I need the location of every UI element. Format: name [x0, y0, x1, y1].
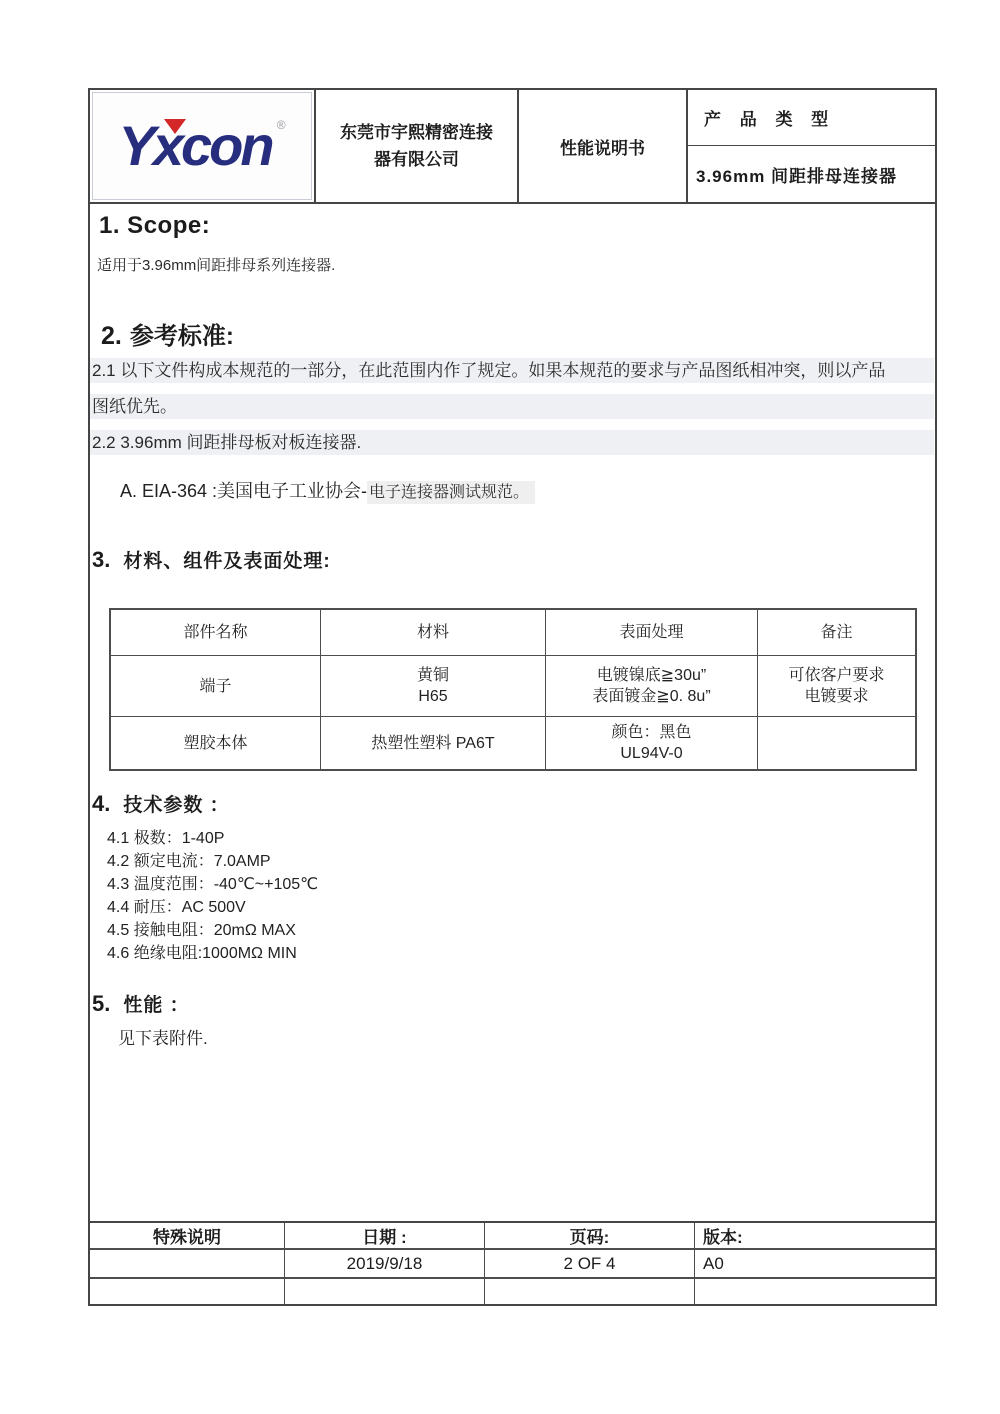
footer-empty-cell [695, 1279, 935, 1304]
materials-col-header: 材料 [321, 610, 546, 656]
registered-trademark-icon: ® [277, 118, 286, 132]
company-name-line1: 东莞市宇熙精密连接 [340, 119, 493, 146]
reference-item-2-2: 2.2 3.96mm 间距排母板对板连接器. [90, 430, 934, 455]
company-logo: Yxcon ® [118, 118, 285, 174]
parameter-item: 4.4 耐压：AC 500V [107, 896, 318, 919]
materials-cell-remark [758, 717, 915, 769]
scope-body: 适用于3.96mm间距排母系列连接器. [97, 254, 335, 275]
reference-item-a-highlight: 电子连接器测试规范。 [367, 481, 535, 504]
performance-body: 见下表附件. [118, 1024, 208, 1049]
reference-heading-title: 参考标准: [130, 323, 234, 350]
logo-frame: Yxcon ® [92, 92, 312, 200]
footer-empty-cell [485, 1279, 695, 1304]
parameter-item: 4.1 极数：1-40P [107, 827, 318, 850]
performance-heading-number: 5. [92, 991, 110, 1016]
parameter-item: 4.3 温度范围：-40℃~+105℃ [107, 873, 318, 896]
reference-item-a: A. EIA-364 :美国电子工业协会-电子连接器测试规范。 [120, 477, 535, 503]
performance-heading-title: 性能 ： [123, 995, 189, 1016]
footer-empty-cell [90, 1279, 285, 1304]
logo-wordmark: Yxcon [118, 114, 271, 177]
reference-heading-number: 2. [101, 322, 122, 350]
footer-value-page: 2 OF 4 [485, 1250, 695, 1279]
materials-col-header: 表面处理 [546, 610, 758, 656]
materials-cell-surface: 颜色：黑色 UL94V-0 [546, 717, 758, 769]
parameter-item: 4.5 接触电阻：20mΩ MAX [107, 919, 318, 942]
footer-value-special-note [90, 1250, 285, 1279]
materials-cell-part: 端子 [111, 656, 321, 717]
materials-cell-surface: 电镀镍底≧30u” 表面镀金≧0. 8u” [546, 656, 758, 717]
footer-header-page: 页码: [485, 1223, 695, 1250]
parameters-list: 4.1 极数：1-40P 4.2 额定电流：7.0AMP 4.3 温度范围：-4… [107, 827, 318, 965]
company-name-cell: 东莞市宇熙精密连接 器有限公司 [316, 90, 519, 202]
header-table: Yxcon ® 东莞市宇熙精密连接 器有限公司 性能说明书 产 品 类 型 3.… [90, 90, 935, 204]
footer-value-date: 2019/9/18 [285, 1250, 485, 1279]
parameters-heading-number: 4. [92, 791, 110, 816]
reference-item-2-1-line1: 2.1 以下文件构成本规范的一部分，在此范围内作了规定。如果本规范的要求与产品图… [90, 358, 934, 383]
doc-type-cell: 性能说明书 [519, 90, 688, 202]
materials-cell-material: 热塑性塑料 PA6T [321, 717, 546, 769]
logo-triangle-icon [164, 119, 186, 134]
product-type-cell: 产 品 类 型 3.96mm 间距排母连接器 [688, 90, 935, 202]
materials-cell-material: 黄铜 H65 [321, 656, 546, 717]
company-name-line2: 器有限公司 [374, 146, 459, 173]
materials-heading-number: 3. [92, 547, 110, 572]
materials-col-header: 备注 [758, 610, 915, 656]
product-name: 3.96mm 间距排母连接器 [688, 146, 935, 202]
reference-paragraphs: 2.1 以下文件构成本规范的一部分，在此范围内作了规定。如果本规范的要求与产品图… [90, 358, 934, 466]
footer-header-date: 日期 : [285, 1223, 485, 1250]
scope-heading: 1. Scope: [99, 212, 210, 240]
document-page: Yxcon ® 东莞市宇熙精密连接 器有限公司 性能说明书 产 品 类 型 3.… [88, 88, 937, 1306]
materials-table: 部件名称 材料 表面处理 备注 端子 黄铜 H65 电镀镍底≧30u” 表面镀金… [109, 608, 917, 771]
product-category-label: 产 品 类 型 [688, 90, 935, 146]
doc-type-label: 性能说明书 [560, 134, 645, 159]
parameters-heading: 4.技术参数 ： [92, 790, 230, 817]
footer-header-special-note: 特殊说明 [90, 1223, 285, 1250]
parameter-item: 4.6 绝缘电阻:1000MΩ MIN [107, 942, 318, 965]
parameters-heading-title: 技术参数 ： [123, 795, 229, 816]
parameter-item: 4.2 额定电流：7.0AMP [107, 850, 318, 873]
footer-value-version: A0 [695, 1250, 935, 1279]
materials-heading: 3.材料、组件及表面处理: [92, 546, 331, 573]
footer-table: 特殊说明 日期 : 页码: 版本: 2019/9/18 2 OF 4 A0 [90, 1221, 935, 1304]
reference-item-2-1-line2: 图纸优先。 [90, 394, 934, 419]
footer-empty-cell [285, 1279, 485, 1304]
reference-item-a-prefix: A. EIA-364 :美国电子工业协会- [120, 481, 367, 501]
materials-cell-remark: 可依客户要求 电镀要求 [758, 656, 915, 717]
reference-heading: 2.参考标准: [101, 316, 234, 351]
materials-col-header: 部件名称 [111, 610, 321, 656]
materials-heading-title: 材料、组件及表面处理: [123, 551, 330, 572]
performance-heading: 5.性能 ： [92, 990, 190, 1017]
footer-header-version: 版本: [695, 1223, 935, 1250]
materials-cell-part: 塑胶本体 [111, 717, 321, 769]
logo-cell: Yxcon ® [90, 90, 316, 202]
